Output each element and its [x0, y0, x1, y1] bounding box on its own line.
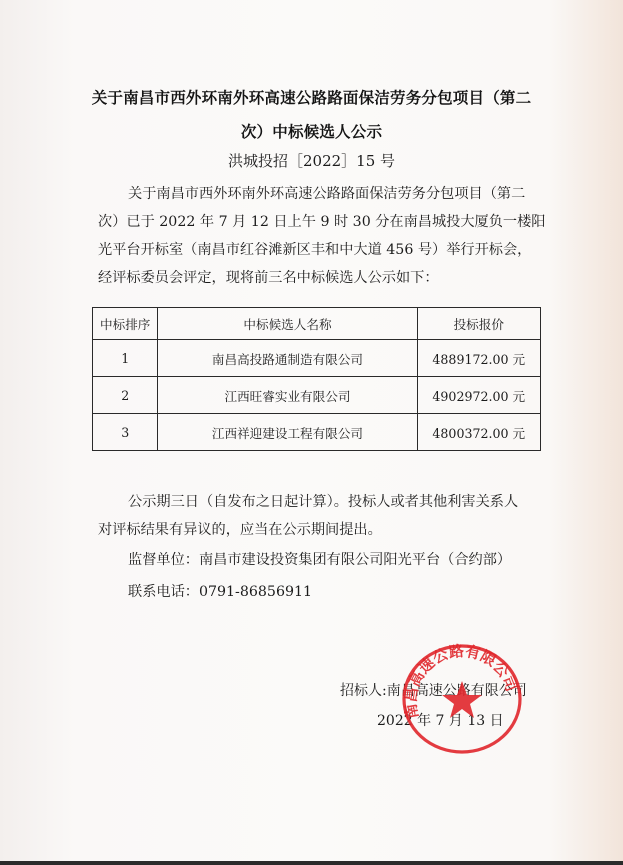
table-row: 3 江西祥迎建设工程有限公司 4800372.00 元 [93, 414, 541, 451]
bid-price-cell: 4889172.00 元 [417, 340, 540, 377]
supervisor-text: 监督单位：南昌市建设投资集团有限公司阳光平台（合约部） [98, 546, 548, 574]
table-row: 2 江西旺睿实业有限公司 4902972.00 元 [93, 377, 541, 414]
document-title-line-1: 关于南昌市西外环南外环高速公路路面保洁劳务分包项目（第二 [0, 86, 623, 108]
document-page: 关于南昌市西外环南外环高速公路路面保洁劳务分包项目（第二 次）中标候选人公示 洪… [0, 0, 623, 865]
header-bid-price: 投标报价 [417, 308, 540, 340]
document-title-line-2: 次）中标候选人公示 [0, 120, 623, 142]
contact-paragraph: 联系电话：0791-86856911 [98, 578, 548, 606]
rank-cell: 1 [93, 340, 158, 377]
intro-line: 光平台开标室（南昌市红谷滩新区丰和中大道 456 号）举行开标会， [98, 236, 548, 264]
notice-line: 对评标结果有异议的，应当在公示期间提出。 [98, 516, 548, 544]
table-header-row: 中标排序 中标候选人名称 投标报价 [93, 308, 541, 340]
document-number: 洪城投招［2022］15 号 [0, 150, 623, 171]
notice-paragraph: 公示期三日（自发布之日起计算）。投标人或者其他利害关系人 对评标结果有异议的，应… [98, 488, 548, 544]
intro-line: 关于南昌市西外环南外环高速公路路面保洁劳务分包项目（第二 [98, 180, 548, 208]
rank-cell: 3 [93, 414, 158, 451]
candidate-name-cell: 江西旺睿实业有限公司 [158, 377, 417, 414]
candidate-name-cell: 江西祥迎建设工程有限公司 [158, 414, 417, 451]
notice-line: 公示期三日（自发布之日起计算）。投标人或者其他利害关系人 [98, 488, 548, 516]
header-rank: 中标排序 [93, 308, 158, 340]
page-bottom-edge [0, 861, 623, 865]
candidates-table: 中标排序 中标候选人名称 投标报价 1 南昌高投路通制造有限公司 4889172… [92, 307, 541, 451]
issuer-signature: 招标人:南昌高速公路有限公司 [340, 680, 527, 700]
intro-line: 次）已于 2022 年 7 月 12 日上午 9 时 30 分在南昌城投大厦负一… [98, 208, 548, 236]
contact-text: 联系电话：0791-86856911 [98, 578, 548, 606]
intro-paragraph: 关于南昌市西外环南外环高速公路路面保洁劳务分包项目（第二 次）已于 2022 年… [98, 180, 548, 292]
bid-price-cell: 4902972.00 元 [417, 377, 540, 414]
rank-cell: 2 [93, 377, 158, 414]
table-row: 1 南昌高投路通制造有限公司 4889172.00 元 [93, 340, 541, 377]
intro-line: 经评标委员会评定，现将前三名中标候选人公示如下： [98, 264, 548, 292]
candidate-name-cell: 南昌高投路通制造有限公司 [158, 340, 417, 377]
supervisor-paragraph: 监督单位：南昌市建设投资集团有限公司阳光平台（合约部） [98, 546, 548, 574]
bid-price-cell: 4800372.00 元 [417, 414, 540, 451]
header-candidate-name: 中标候选人名称 [158, 308, 417, 340]
issue-date: 2022 年 7 月 13 日 [377, 710, 504, 730]
